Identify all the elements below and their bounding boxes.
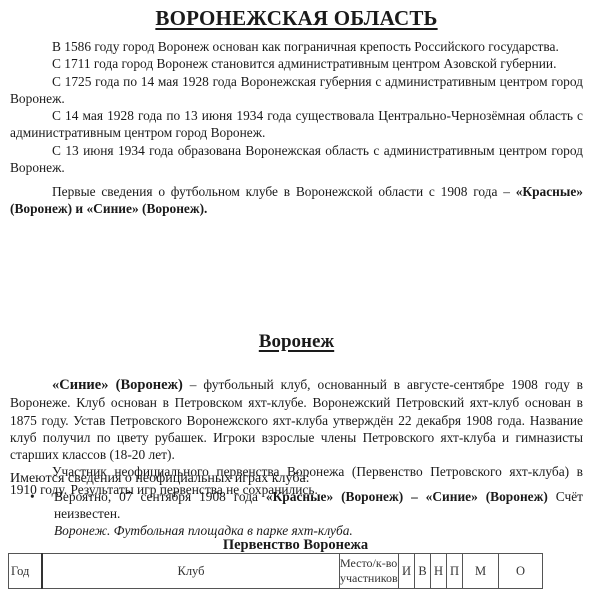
region-title: ВОРОНЕЖСКАЯ ОБЛАСТЬ <box>10 5 583 31</box>
header-goals: М <box>463 554 499 589</box>
first-info-text: Первые сведения о футбольном клубе в Вор… <box>52 184 516 199</box>
first-info-section: Первые сведения о футбольном клубе в Вор… <box>10 183 583 218</box>
first-info-paragraph: Первые сведения о футбольном клубе в Вор… <box>10 183 583 218</box>
header-losses: П <box>447 554 463 589</box>
history-section: В 1586 году город Воронеж основан как по… <box>10 38 583 176</box>
header-wins: В <box>415 554 431 589</box>
games-list: • Вероятно, 07 сентября 1908 года «Красн… <box>10 488 583 539</box>
history-paragraph: С 1725 года по 14 мая 1928 года Воронежс… <box>10 73 583 108</box>
header-points: О <box>499 554 543 589</box>
table-header-row: Год Клуб Место/к-во участников И В Н П М… <box>9 554 543 589</box>
period: . <box>204 201 207 216</box>
header-draws: Н <box>431 554 447 589</box>
history-paragraph: С 14 мая 1928 года по 13 июня 1934 года … <box>10 107 583 142</box>
game-match: «Красные» (Воронеж) – «Синие» (Воронеж) <box>266 489 548 504</box>
header-games: И <box>399 554 415 589</box>
games-intro: Имеются сведения о неофициальных играх к… <box>10 470 583 488</box>
header-year: Год <box>9 554 43 589</box>
club-description-paragraph: «Синие» (Воронеж) – футбольный клуб, осн… <box>10 376 583 463</box>
header-club: Клуб <box>42 554 340 589</box>
championship-table: Год Клуб Место/к-во участников И В Н П М… <box>8 553 543 589</box>
header-place: Место/к-во участников <box>340 554 399 589</box>
history-paragraph: С 13 июня 1934 года образована Воронежск… <box>10 142 583 177</box>
history-paragraph: В 1586 году город Воронеж основан как по… <box>10 38 583 55</box>
conjunction: и <box>72 201 86 216</box>
game-item: Вероятно, 07 сентября 1908 года «Красные… <box>54 488 583 539</box>
club-sinie: «Синие» (Воронеж) <box>86 201 204 216</box>
club-name: «Синие» (Воронеж) <box>52 377 183 393</box>
history-paragraph: С 1711 года город Воронеж становится адм… <box>10 55 583 72</box>
bullet-icon: • <box>30 488 35 505</box>
game-date: Вероятно, 07 сентября 1908 года <box>54 489 266 504</box>
table-title: Первенство Воронежа <box>0 536 591 554</box>
city-title: Воронеж <box>10 330 583 354</box>
